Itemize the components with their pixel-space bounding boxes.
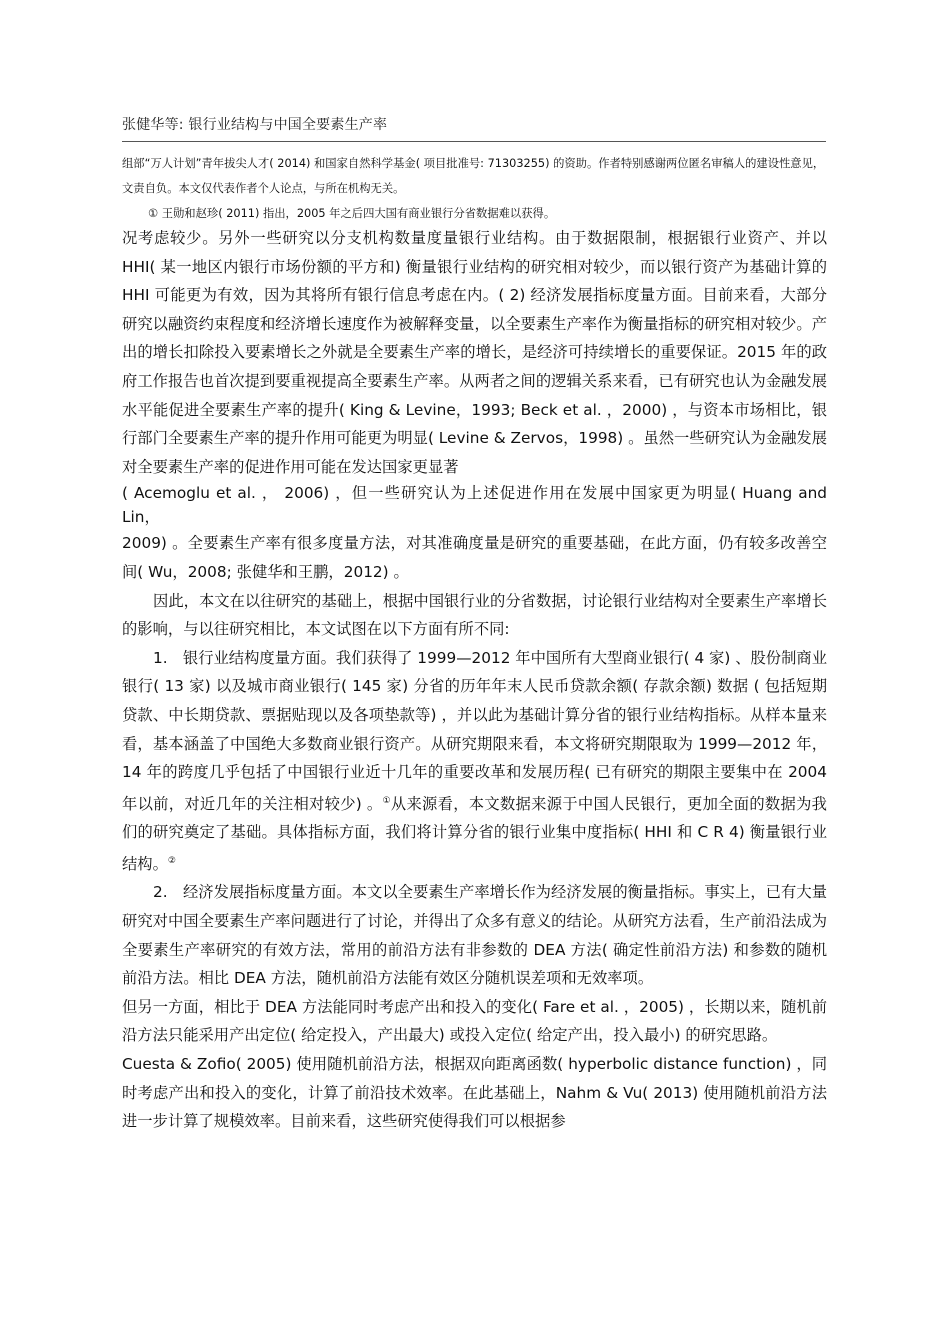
footnote-1: ① 王勋和赵珍( 2011) 指出，2005 年之后四大国有商业银行分省数据难以… [122, 201, 827, 226]
running-title: 张健华等: 银行业结构与中国全要素生产率 [122, 114, 387, 134]
paragraph-contribution-2: 2. 经济发展指标度量方面。本文以全要素生产率增长作为经济发展的衡量指标。事实上… [122, 878, 827, 992]
funding-footnote: 组部“万人计划”青年拔尖人才( 2014) 和国家自然科学基金( 项目批准号: … [122, 151, 827, 201]
header-divider [122, 141, 826, 142]
footnote-ref-1[interactable]: ① [383, 796, 391, 806]
paragraph-contribution-1: 1. 银行业结构度量方面。我们获得了 1999—2012 年中国所有大型商业银行… [122, 644, 827, 879]
paragraph-cuesta-zofio: Cuesta & Zofio( 2005) 使用随机前沿方法，根据双向距离函数(… [122, 1050, 827, 1136]
paragraph-contributions-intro: 因此，本文在以往研究的基础上，根据中国银行业的分省数据，讨论银行业结构对全要素生… [122, 587, 827, 644]
paragraph-tfp-measurement: 2009) 。全要素生产率有很多度量方法，对其准确度量是研究的重要基础，在此方面… [122, 529, 827, 586]
paragraph-dea-comparison: 但另一方面，相比于 DEA 方法能同时考虑产出和投入的变化( Fare et a… [122, 993, 827, 1050]
footnote-ref-2[interactable]: ② [168, 856, 176, 866]
contribution-1-text: 1. 银行业结构度量方面。我们获得了 1999—2012 年中国所有大型商业银行… [122, 649, 827, 813]
paragraph-literature-continued: 况考虑较少。另外一些研究以分支机构数量度量银行业结构。由于数据限制，根据银行业资… [122, 224, 827, 481]
body-text: 况考虑较少。另外一些研究以分支机构数量度量银行业结构。由于数据限制，根据银行业资… [122, 224, 827, 1136]
paragraph-citation-acemoglu: ( Acemoglu et al. ， 2006) ，但一些研究认为上述促进作用… [122, 481, 827, 529]
